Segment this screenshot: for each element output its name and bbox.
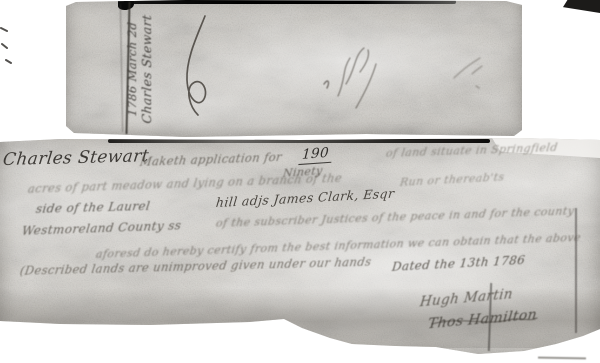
docket-name: Charles Stewart — [139, 2, 154, 136]
acreage-figure: 190 — [298, 145, 332, 165]
margin-ink-specks — [0, 22, 18, 72]
docket-paper-fragment: 1786 March 2d Charles Stewart — [66, 0, 522, 137]
torn-corner-dark-patch — [563, 0, 600, 13]
ink-scribble-right — [448, 52, 488, 96]
torn-edge-line — [538, 357, 586, 359]
applicant-name: Charles Stewart — [2, 146, 150, 170]
top-edge-ink-bar — [124, 0, 456, 4]
pen-flourish — [174, 12, 218, 120]
scanned-document-page: 1786 March 2d Charles Stewart — [0, 0, 600, 363]
docket-rotated-inner: 1786 March 2d Charles Stewart — [125, 3, 165, 135]
ink-scribble-left — [316, 38, 386, 118]
docket-rotated-text-area: 1786 March 2d Charles Stewart — [122, 0, 168, 137]
docket-date: 1786 March 2d — [125, 2, 139, 135]
application-paper-fragment: Charles Stewart Maketh application for 1… — [0, 138, 600, 363]
top-edge-ink-line — [108, 139, 490, 143]
